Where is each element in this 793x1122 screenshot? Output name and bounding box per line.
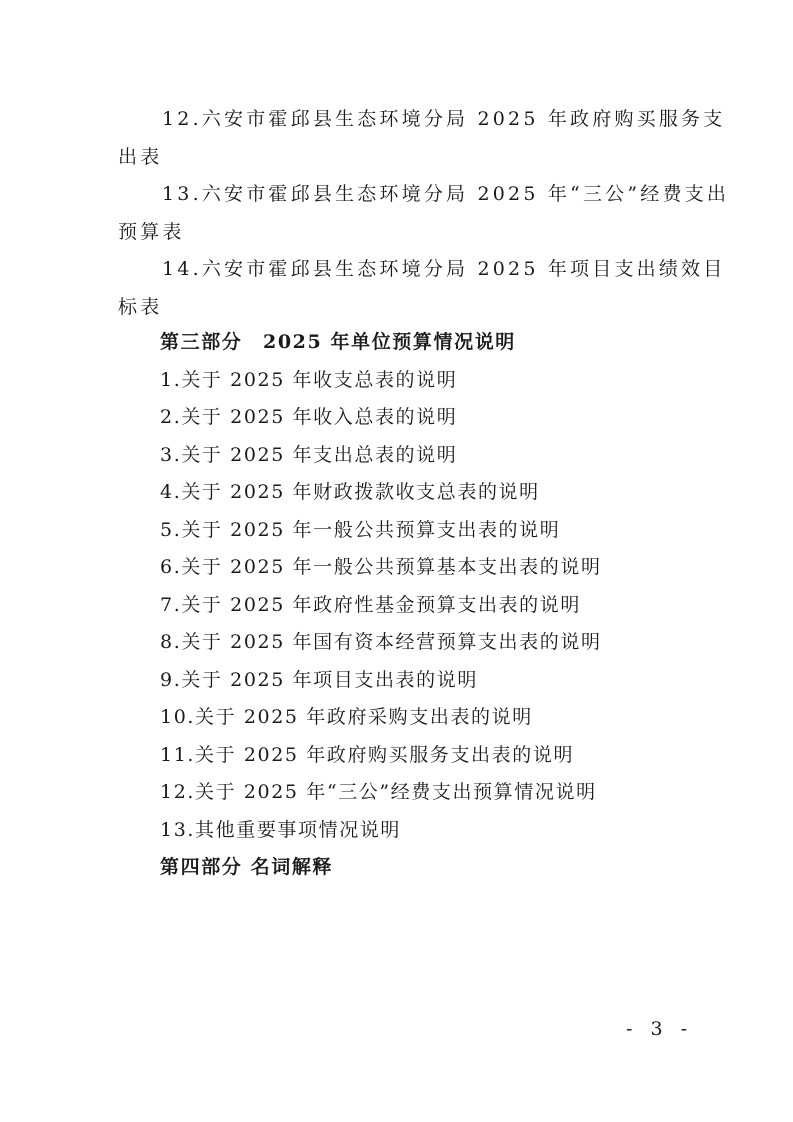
- part3-item-4: 4.关于 2025 年财政拨款收支总表的说明: [160, 474, 540, 512]
- part3-heading: 第三部分 2025 年单位预算情况说明: [160, 324, 516, 362]
- part3-item-1: 1.关于 2025 年收支总表的说明: [160, 362, 457, 400]
- toc-item-text-wrap: 出表: [118, 138, 678, 176]
- part3-item-11: 11.关于 2025 年政府购买服务支出表的说明: [160, 737, 574, 775]
- toc-item-text: 13.六安市霍邱县生态环境分局 2025 年“三公”经费支出: [118, 175, 678, 213]
- toc-item-text: 12.六安市霍邱县生态环境分局 2025 年政府购买服务支: [118, 100, 678, 138]
- toc-item-13: 13.六安市霍邱县生态环境分局 2025 年“三公”经费支出 预算表: [118, 175, 678, 251]
- part3-item-9: 9.关于 2025 年项目支出表的说明: [160, 662, 478, 700]
- toc-item-text: 14.六安市霍邱县生态环境分局 2025 年项目支出绩效目: [118, 250, 678, 288]
- part3-item-8: 8.关于 2025 年国有资本经营预算支出表的说明: [160, 624, 602, 662]
- toc-item-12: 12.六安市霍邱县生态环境分局 2025 年政府购买服务支 出表: [118, 100, 678, 176]
- part4-heading: 第四部分 名词解释: [160, 849, 333, 887]
- toc-item-text-wrap: 标表: [118, 288, 678, 326]
- part3-item-2: 2.关于 2025 年收入总表的说明: [160, 399, 457, 437]
- part3-item-6: 6.关于 2025 年一般公共预算基本支出表的说明: [160, 549, 602, 587]
- page-number: - 3 -: [626, 1018, 693, 1040]
- part3-item-3: 3.关于 2025 年支出总表的说明: [160, 437, 457, 475]
- toc-item-text-wrap: 预算表: [118, 213, 678, 251]
- part3-item-10: 10.关于 2025 年政府采购支出表的说明: [160, 699, 533, 737]
- part3-item-12: 12.关于 2025 年“三公”经费支出预算情况说明: [160, 774, 597, 812]
- part3-item-7: 7.关于 2025 年政府性基金预算支出表的说明: [160, 587, 581, 625]
- document-page: 12.六安市霍邱县生态环境分局 2025 年政府购买服务支 出表 13.六安市霍…: [0, 0, 793, 1122]
- part3-item-13: 13.其他重要事项情况说明: [160, 812, 401, 850]
- toc-item-14: 14.六安市霍邱县生态环境分局 2025 年项目支出绩效目 标表: [118, 250, 678, 326]
- part3-item-5: 5.关于 2025 年一般公共预算支出表的说明: [160, 512, 560, 550]
